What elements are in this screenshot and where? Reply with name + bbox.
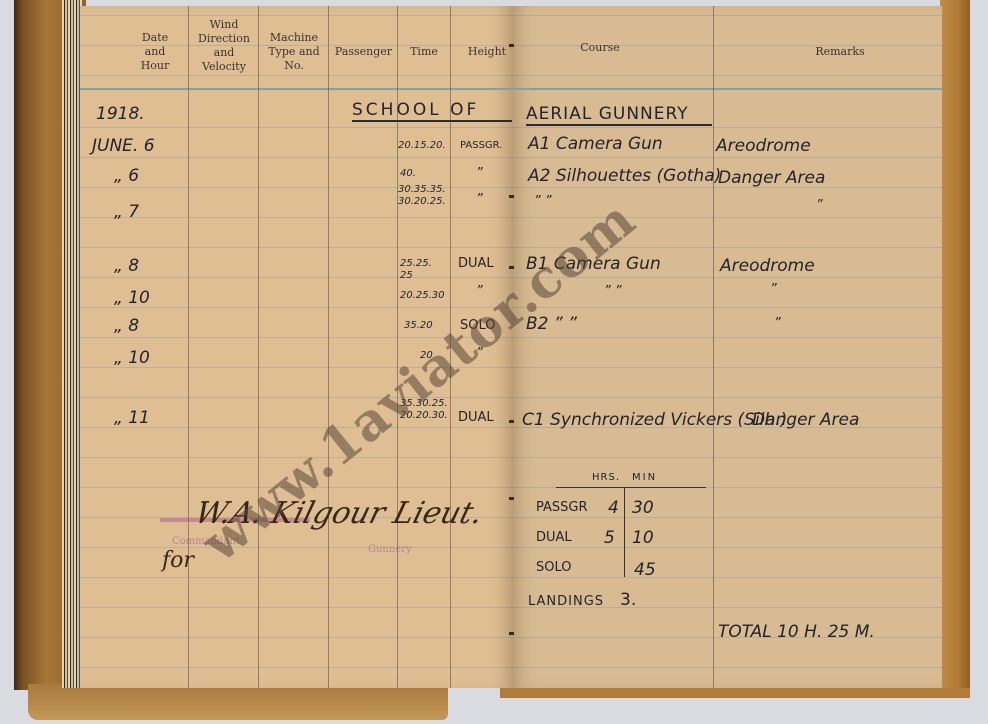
entry-time: 20.25.30 — [400, 290, 445, 301]
binding-stitch — [509, 420, 514, 423]
entry-height: DUAL — [458, 256, 494, 271]
summary-header-hrs: HRS. — [592, 472, 620, 483]
entry-course: ” ” — [604, 284, 622, 299]
entry-time: 20.15.20. — [398, 140, 446, 151]
entry-date: „ 8 — [114, 256, 139, 276]
entry-height: DUAL — [458, 410, 494, 425]
entry-time: 35.20 — [404, 320, 433, 331]
entry-date: JUNE. 6 — [92, 136, 155, 156]
section-title-right: AERIAL GUNNERY — [526, 104, 712, 126]
entry-height: PASSGR. — [460, 140, 502, 151]
column-header-wind: WindDirectionandVelocity — [190, 14, 258, 78]
entry-remarks: Danger Area — [718, 168, 825, 188]
column-divider — [328, 6, 329, 688]
entry-remarks: Danger Area — [752, 410, 859, 430]
column-header-date: DateandHour — [130, 20, 180, 84]
year-label: 1918. — [96, 104, 145, 124]
section-title-left: SCHOOL OF — [352, 100, 512, 122]
book-cover-bottom — [28, 684, 448, 720]
entry-date: „ 7 — [114, 202, 139, 222]
entry-time: 25.25.25 — [400, 258, 450, 282]
column-divider — [713, 6, 714, 688]
entry-time: 30.35.35.30.20.25. — [398, 184, 450, 208]
summary-label: DUAL — [536, 530, 572, 545]
column-header-passenger: Passenger — [330, 20, 397, 84]
entry-course: ” ” — [534, 194, 552, 209]
entry-course: C1 Synchronized Vickers (Silh.) — [522, 410, 787, 430]
column-divider — [188, 6, 189, 688]
entry-remarks: Areodrome — [716, 136, 811, 156]
summary-rule-vertical — [624, 487, 625, 577]
column-divider — [258, 6, 259, 688]
summary-hrs: 4 — [608, 498, 619, 518]
column-header-remarks: Remarks — [790, 20, 890, 84]
entry-time: 40. — [400, 168, 450, 180]
entry-date: „ 11 — [114, 408, 150, 428]
entry-remarks: Areodrome — [720, 256, 815, 276]
summary-label: PASSGR — [536, 500, 588, 515]
entry-date: „ 10 — [114, 288, 150, 308]
summary-rule-horizontal — [556, 487, 706, 488]
entry-height: ” — [476, 166, 483, 181]
landings-label: LANDINGS — [528, 594, 604, 609]
entry-course: A2 Silhouettes (Gotha) — [528, 166, 721, 186]
column-header-machine: MachineType andNo. — [260, 20, 328, 84]
signature-prefix: for — [162, 548, 194, 573]
entry-course: A1 Camera Gun — [528, 134, 663, 154]
entry-date: „ 10 — [114, 348, 150, 368]
summary-min: 30 — [632, 498, 654, 518]
page-edges — [62, 0, 82, 688]
entry-date: „ 8 — [114, 316, 139, 336]
binding-stitch — [509, 632, 514, 635]
binding-stitch — [509, 497, 514, 500]
column-header-height: Height — [452, 20, 522, 84]
book-cover-right — [940, 0, 970, 698]
entry-remarks: ” — [774, 316, 781, 331]
entry-remarks: ” — [770, 282, 777, 297]
summary-min: 45 — [634, 560, 656, 580]
stamp-text: Gunnery — [368, 544, 412, 555]
entry-date: „ 6 — [114, 166, 139, 186]
landings-value: 3. — [620, 590, 636, 610]
summary-min: 10 — [632, 528, 654, 548]
book-cover-bottom-right — [500, 688, 970, 698]
header-rule — [80, 88, 942, 90]
summary-header-min: MIN — [632, 472, 657, 483]
column-header-course: Course — [560, 18, 640, 78]
binding-stitch — [509, 195, 514, 198]
summary-hrs: 5 — [604, 528, 615, 548]
entry-remarks: ” — [816, 198, 823, 213]
total-time: TOTAL 10 H. 25 M. — [718, 622, 875, 642]
summary-label: SOLO — [536, 560, 572, 575]
entry-height: ” — [476, 192, 483, 207]
column-header-time: Time — [398, 20, 450, 84]
